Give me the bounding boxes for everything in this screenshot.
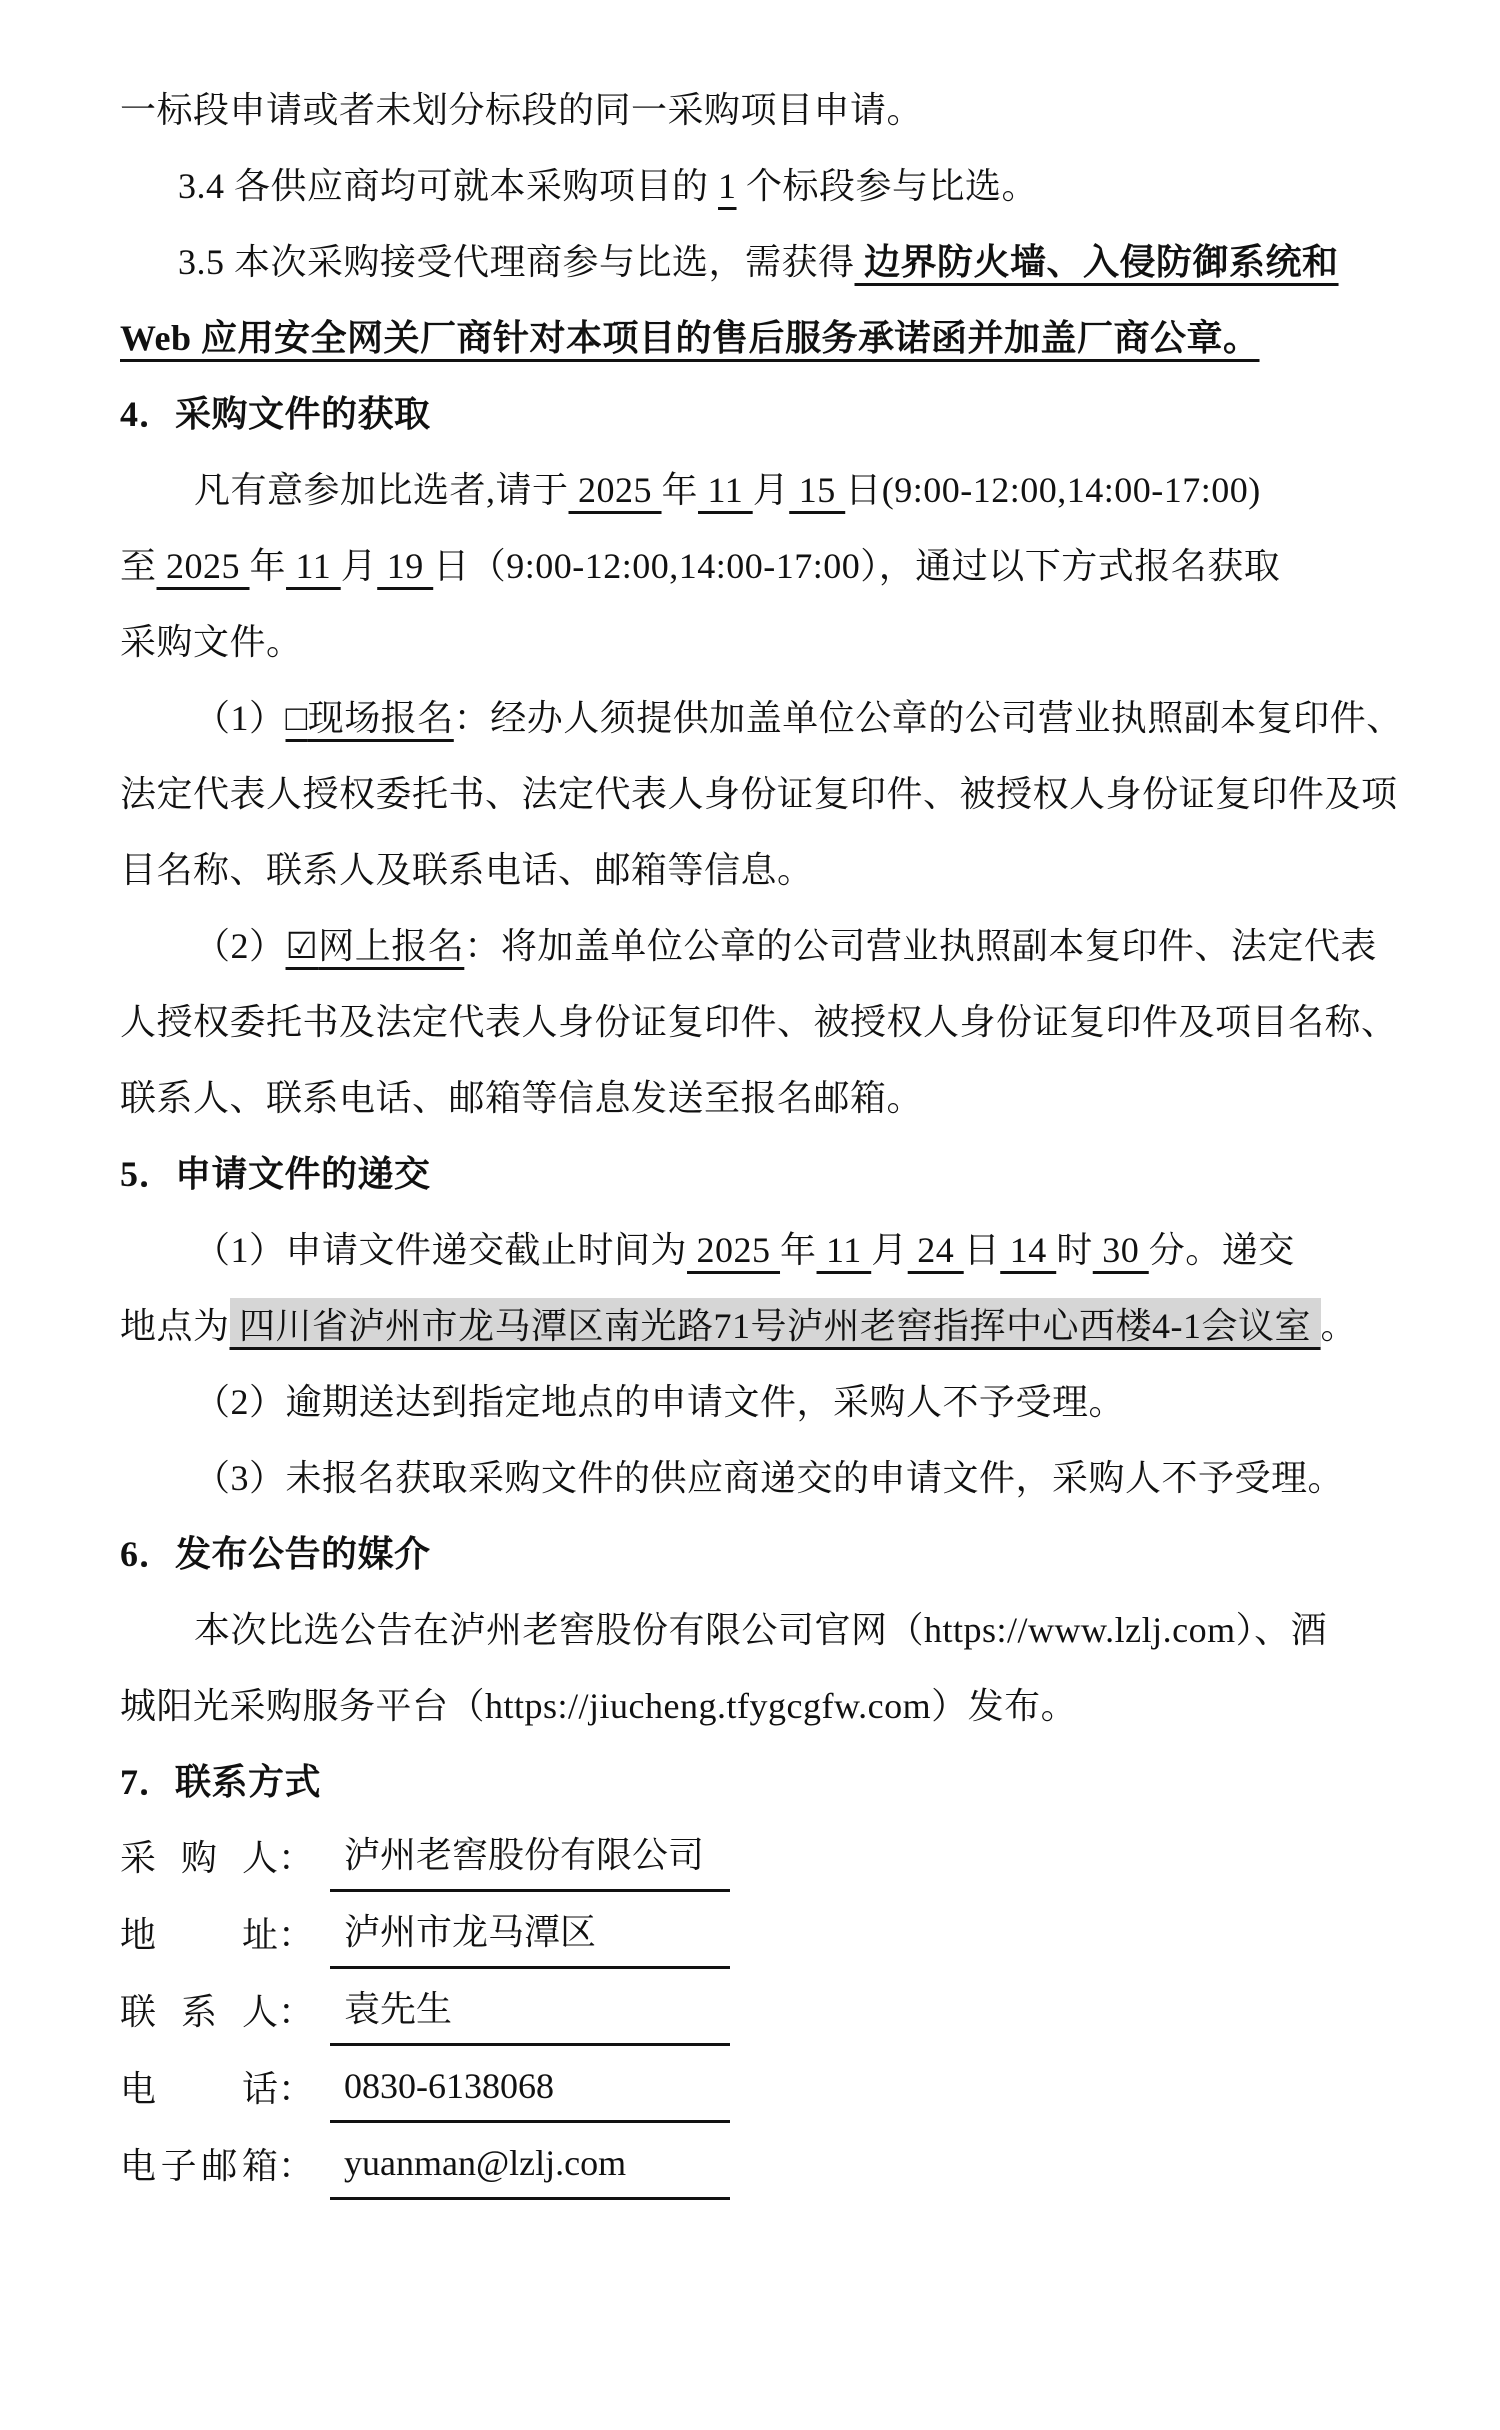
text-segment: Web 应用安全网关厂商针对本项目的售后服务承诺函并加盖厂商公章。 (120, 318, 1260, 358)
text-segment: 地点为 (120, 1306, 230, 1346)
document-line: 一标段申请或者未划分标段的同一采购项目申请。 (120, 72, 1442, 148)
document-line: 地点为 四川省泸州市龙马潭区南光路71号泸州老窖指挥中心西楼4-1会议室 。 (120, 1288, 1442, 1364)
section-heading: 6．发布公告的媒介 (120, 1516, 1442, 1592)
text-segment: 月 (341, 546, 378, 586)
text-segment: 月 (753, 470, 790, 510)
text-segment: （3）未报名获取采购文件的供应商递交的申请文件，采购人不予受理。 (194, 1458, 1344, 1498)
document-line: 目名称、联系人及联系电话、邮箱等信息。 (120, 832, 1442, 908)
text-segment: 1 (718, 166, 737, 206)
contact-colon: ： (278, 1820, 314, 1897)
contact-row: 采购人：泸州老窖股份有限公司 (120, 1820, 1442, 1897)
document-body: 一标段申请或者未划分标段的同一采购项目申请。3.4 各供应商均可就本采购项目的 … (120, 72, 1442, 1820)
contact-label: 电话 (120, 2051, 278, 2128)
contact-row: 电话：0830-6138068 (120, 2051, 1442, 2128)
contact-value: yuanman@lzlj.com (330, 2128, 730, 2200)
contact-label: 电子邮箱 (120, 2128, 278, 2205)
text-segment: 至 (120, 546, 157, 586)
checkbox-unchecked-icon: □ (286, 698, 308, 738)
text-segment: ：将加盖单位公章的公司营业执照副本复印件、法定代表 (464, 926, 1377, 966)
text-segment: 5．申请文件的递交 (120, 1154, 431, 1194)
contact-value: 泸州市龙马潭区 (330, 1897, 730, 1969)
text-segment: 目名称、联系人及联系电话、邮箱等信息。 (120, 850, 814, 890)
section-heading: 4．采购文件的获取 (120, 376, 1442, 452)
procurement-notice-page: 一标段申请或者未划分标段的同一采购项目申请。3.4 各供应商均可就本采购项目的 … (0, 0, 1500, 2430)
document-line: （2）逾期送达到指定地点的申请文件，采购人不予受理。 (120, 1364, 1442, 1440)
checkbox-checked-icon: ☑ (286, 926, 319, 966)
text-segment: （1） (194, 698, 286, 738)
text-segment: 现场报名 (308, 698, 454, 738)
document-line: 3.5 本次采购接受代理商参与比选，需获得 边界防火墙、入侵防御系统和 (120, 224, 1442, 300)
document-line: 法定代表人授权委托书、法定代表人身份证复印件、被授权人身份证复印件及项 (120, 756, 1442, 832)
text-segment: 19 (377, 546, 433, 586)
text-segment: 月 (871, 1230, 908, 1270)
section-heading: 7．联系方式 (120, 1744, 1442, 1820)
text-segment: 3.5 本次采购接受代理商参与比选，需获得 (178, 242, 855, 282)
text-segment: 年 (662, 470, 699, 510)
text-segment: 2025 (569, 470, 662, 510)
text-segment: 城阳光采购服务平台（https://jiucheng.tfygcgfw.com）… (120, 1686, 1077, 1726)
highlighted-text: 四川省泸州市龙马潭区南光路71号泸州老窖指挥中心西楼4-1会议室 (230, 1298, 1321, 1350)
contact-value: 0830-6138068 (330, 2051, 730, 2123)
contact-value: 泸州老窖股份有限公司 (330, 1820, 730, 1892)
text-segment: ：经办人须提供加盖单位公章的公司营业执照副本复印件、 (454, 698, 1403, 738)
text-segment: 日(9:00-12:00,14:00-17:00) (845, 470, 1260, 510)
contact-row: 地址：泸州市龙马潭区 (120, 1897, 1442, 1974)
text-segment: 15 (789, 470, 845, 510)
text-segment: 30 (1093, 1230, 1149, 1270)
contact-colon: ： (278, 1974, 314, 2051)
contact-row: 联系人：袁先生 (120, 1974, 1442, 2051)
text-segment: 分。递交 (1149, 1230, 1295, 1270)
document-line: （3）未报名获取采购文件的供应商递交的申请文件，采购人不予受理。 (120, 1440, 1442, 1516)
section-heading: 5．申请文件的递交 (120, 1136, 1442, 1212)
text-segment: 联系人、联系电话、邮箱等信息发送至报名邮箱。 (120, 1078, 923, 1118)
text-segment: 。 (1321, 1306, 1358, 1346)
contact-label: 采购人 (120, 1820, 278, 1897)
text-segment: 网上报名 (318, 926, 464, 966)
text-segment: 采购文件。 (120, 622, 303, 662)
text-segment: 个标段参与比选。 (737, 166, 1039, 206)
contact-value: 袁先生 (330, 1974, 730, 2046)
text-segment: 14 (1000, 1230, 1056, 1270)
contact-label: 地址 (120, 1897, 278, 1974)
text-segment: 2025 (157, 546, 250, 586)
text-segment: 7．联系方式 (120, 1762, 321, 1802)
text-segment: （1）申请文件递交截止时间为 (194, 1230, 687, 1270)
document-line: 采购文件。 (120, 604, 1442, 680)
text-segment: 法定代表人授权委托书、法定代表人身份证复印件、被授权人身份证复印件及项 (120, 774, 1398, 814)
text-segment: 11 (286, 546, 341, 586)
text-segment: 凡有意参加比选者,请于 (194, 470, 569, 510)
contact-colon: ： (278, 2128, 314, 2205)
contact-colon: ： (278, 2051, 314, 2128)
document-line: （1）申请文件递交截止时间为 2025 年 11 月 24 日 14 时 30 … (120, 1212, 1442, 1288)
document-line: 本次比选公告在泸州老窖股份有限公司官网（https://www.lzlj.com… (120, 1592, 1442, 1668)
document-line: （2）☑网上报名：将加盖单位公章的公司营业执照副本复印件、法定代表 (120, 908, 1442, 984)
text-segment: 年 (250, 546, 287, 586)
text-segment: 2025 (687, 1230, 780, 1270)
text-segment: （2）逾期送达到指定地点的申请文件，采购人不予受理。 (194, 1382, 1125, 1422)
text-segment: 边界防火墙、入侵防御系统和 (855, 242, 1339, 282)
text-segment: 3.4 各供应商均可就本采购项目的 (178, 166, 718, 206)
document-line: 城阳光采购服务平台（https://jiucheng.tfygcgfw.com）… (120, 1668, 1442, 1744)
document-line: 人授权委托书及法定代表人身份证复印件、被授权人身份证复印件及项目名称、 (120, 984, 1442, 1060)
document-line: Web 应用安全网关厂商针对本项目的售后服务承诺函并加盖厂商公章。 (120, 300, 1442, 376)
text-segment: 11 (817, 1230, 872, 1270)
document-line: 3.4 各供应商均可就本采购项目的 1 个标段参与比选。 (120, 148, 1442, 224)
document-line: 联系人、联系电话、邮箱等信息发送至报名邮箱。 (120, 1060, 1442, 1136)
text-segment: 24 (908, 1230, 964, 1270)
text-segment: 日（9:00-12:00,14:00-17:00），通过以下方式报名获取 (433, 546, 1280, 586)
text-segment: （2） (194, 926, 286, 966)
document-line: 至 2025 年 11 月 19 日（9:00-12:00,14:00-17:0… (120, 528, 1442, 604)
text-segment: 4．采购文件的获取 (120, 394, 431, 434)
text-segment: 时 (1056, 1230, 1093, 1270)
text-segment: 一标段申请或者未划分标段的同一采购项目申请。 (120, 90, 923, 130)
contact-label: 联系人 (120, 1974, 278, 2051)
text-segment: 11 (698, 470, 753, 510)
text-segment: 6．发布公告的媒介 (120, 1534, 431, 1574)
contact-row: 电子邮箱：yuanman@lzlj.com (120, 2128, 1442, 2205)
contact-colon: ： (278, 1897, 314, 1974)
text-segment: 人授权委托书及法定代表人身份证复印件、被授权人身份证复印件及项目名称、 (120, 1002, 1398, 1042)
text-segment: 年 (780, 1230, 817, 1270)
document-line: 凡有意参加比选者,请于 2025 年 11 月 15 日(9:00-12:00,… (120, 452, 1442, 528)
text-segment: 日 (964, 1230, 1001, 1270)
document-line: （1）□现场报名：经办人须提供加盖单位公章的公司营业执照副本复印件、 (120, 680, 1442, 756)
text-segment: 本次比选公告在泸州老窖股份有限公司官网（https://www.lzlj.com… (194, 1610, 1327, 1650)
contact-section: 采购人：泸州老窖股份有限公司地址：泸州市龙马潭区联系人：袁先生电话：0830-6… (120, 1820, 1442, 2205)
